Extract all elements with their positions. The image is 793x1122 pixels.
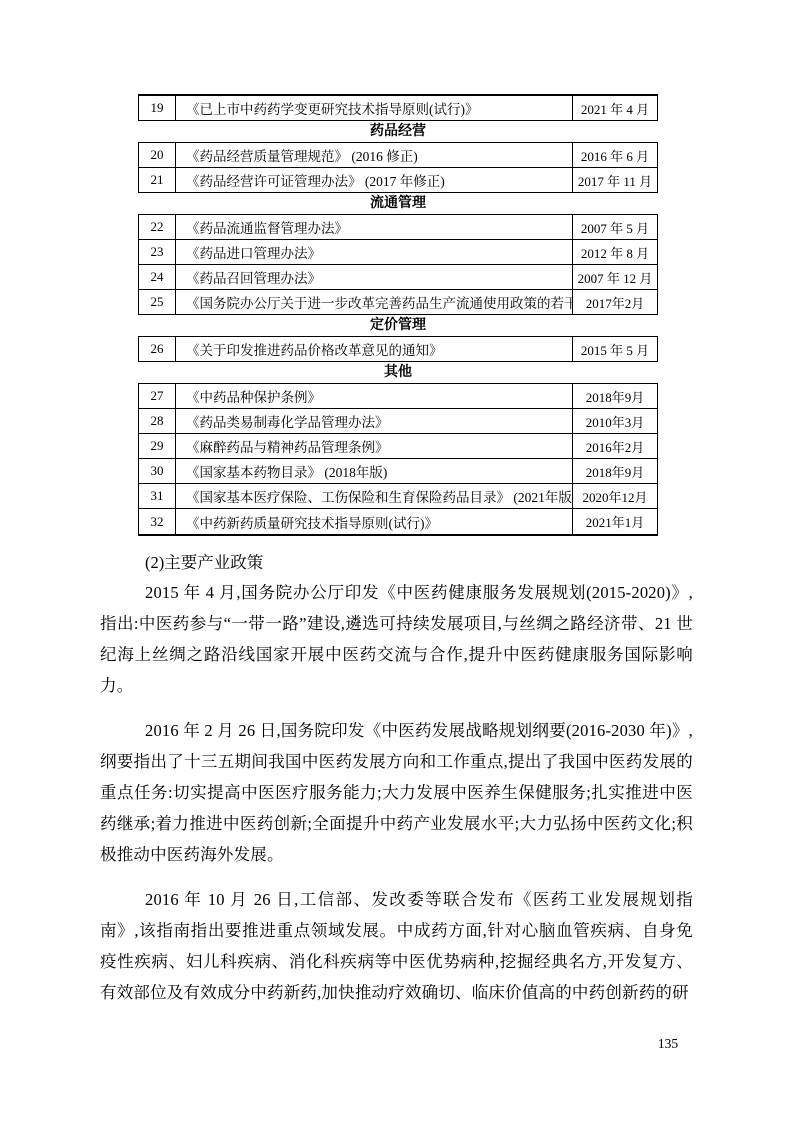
table-row: 21《药品经营许可证管理办法》 (2017 年修正)2017 年 11 月 (138, 168, 658, 193)
table-row: 20《药品经营质量管理规范》 (2016 修正)2016 年 6 月 (138, 143, 658, 168)
table-section-header: 流通管理 (138, 193, 658, 215)
document-page: 19《已上市中药药学变更研究技术指导原则(试行)》2021 年 4 月药品经营2… (0, 0, 793, 1122)
row-number: 25 (139, 290, 176, 314)
row-number: 19 (139, 96, 176, 120)
row-policy-title: 《关于印发推进药品价格改革意见的通知》 (176, 337, 572, 361)
row-date: 2021 年 4 月 (572, 96, 657, 120)
table-row: 25《国务院办公厅关于进一步改革完善药品生产流通使用政策的若干意见》2017年2… (138, 290, 658, 315)
row-number: 30 (139, 459, 176, 483)
row-date: 2015 年 5 月 (572, 337, 657, 361)
policy-table: 19《已上市中药药学变更研究技术指导原则(试行)》2021 年 4 月药品经营2… (138, 94, 658, 536)
row-policy-title: 《中药新药质量研究技术指导原则(试行)》 (176, 509, 572, 534)
table-row: 24《药品召回管理办法》2007 年 12 月 (138, 265, 658, 290)
row-number: 21 (139, 168, 176, 192)
row-date: 2017年2月 (572, 290, 657, 314)
row-number: 29 (139, 434, 176, 458)
table-section-header: 药品经营 (138, 121, 658, 143)
row-number: 28 (139, 409, 176, 433)
row-number: 32 (139, 509, 176, 534)
row-date: 2020年12月 (572, 484, 657, 508)
row-date: 2021年1月 (572, 509, 657, 534)
table-section-header: 定价管理 (138, 315, 658, 337)
row-date: 2016 年 6 月 (572, 143, 657, 167)
page-number: 135 (648, 1036, 688, 1052)
row-date: 2018年9月 (572, 459, 657, 483)
row-date: 2010年3月 (572, 409, 657, 433)
table-row: 31《国家基本医疗保险、工伤保险和生育保险药品目录》 (2021年版)2020年… (138, 484, 658, 509)
row-number: 23 (139, 240, 176, 264)
row-date: 2016年2月 (572, 434, 657, 458)
row-number: 27 (139, 384, 176, 408)
row-policy-title: 《药品召回管理办法》 (176, 265, 572, 289)
row-number: 22 (139, 215, 176, 239)
row-policy-title: 《麻醉药品与精神药品管理条例》 (176, 434, 572, 458)
table-row: 27《中药品种保护条例》2018年9月 (138, 384, 658, 409)
table-row: 19《已上市中药药学变更研究技术指导原则(试行)》2021 年 4 月 (138, 96, 658, 121)
row-policy-title: 《已上市中药药学变更研究技术指导原则(试行)》 (176, 96, 572, 120)
table-row: 23《药品进口管理办法》2012 年 8 月 (138, 240, 658, 265)
row-number: 24 (139, 265, 176, 289)
row-date: 2017 年 11 月 (572, 168, 657, 192)
body-paragraphs: 2015 年 4 月,国务院办公厅印发《中医药健康服务发展规划(2015-202… (100, 577, 693, 1022)
row-policy-title: 《药品经营质量管理规范》 (2016 修正) (176, 143, 572, 167)
paragraph-2016-strategy: 2016 年 2 月 26 日,国务院印发《中医药发展战略规划纲要(2016-2… (100, 715, 693, 870)
row-date: 2007 年 12 月 (572, 265, 657, 289)
row-policy-title: 《中药品种保护条例》 (176, 384, 572, 408)
table-row: 26《关于印发推进药品价格改革意见的通知》2015 年 5 月 (138, 337, 658, 362)
paragraph-2015-plan: 2015 年 4 月,国务院办公厅印发《中医药健康服务发展规划(2015-202… (100, 577, 693, 701)
table-row: 29《麻醉药品与精神药品管理条例》2016年2月 (138, 434, 658, 459)
row-policy-title: 《国家基本医疗保险、工伤保险和生育保险药品目录》 (2021年版) (176, 484, 572, 508)
row-policy-title: 《药品进口管理办法》 (176, 240, 572, 264)
row-number: 26 (139, 337, 176, 361)
row-policy-title: 《药品经营许可证管理办法》 (2017 年修正) (176, 168, 572, 192)
section-heading: (2)主要产业政策 (100, 551, 693, 575)
row-date: 2012 年 8 月 (572, 240, 657, 264)
table-section-header: 其他 (138, 362, 658, 384)
paragraph-2016-industry-guide: 2016 年 10 月 26 日,工信部、发改委等联合发布《医药工业发展规划指南… (100, 884, 693, 1008)
row-date: 2018年9月 (572, 384, 657, 408)
row-policy-title: 《药品类易制毒化学品管理办法》 (176, 409, 572, 433)
row-date: 2007 年 5 月 (572, 215, 657, 239)
row-policy-title: 《国务院办公厅关于进一步改革完善药品生产流通使用政策的若干意见》 (176, 290, 572, 314)
table-row: 30《国家基本药物目录》 (2018年版)2018年9月 (138, 459, 658, 484)
row-number: 20 (139, 143, 176, 167)
row-policy-title: 《国家基本药物目录》 (2018年版) (176, 459, 572, 483)
table-row: 28《药品类易制毒化学品管理办法》2010年3月 (138, 409, 658, 434)
row-number: 31 (139, 484, 176, 508)
table-row: 32《中药新药质量研究技术指导原则(试行)》2021年1月 (138, 509, 658, 534)
row-policy-title: 《药品流通监督管理办法》 (176, 215, 572, 239)
table-row: 22《药品流通监督管理办法》2007 年 5 月 (138, 215, 658, 240)
